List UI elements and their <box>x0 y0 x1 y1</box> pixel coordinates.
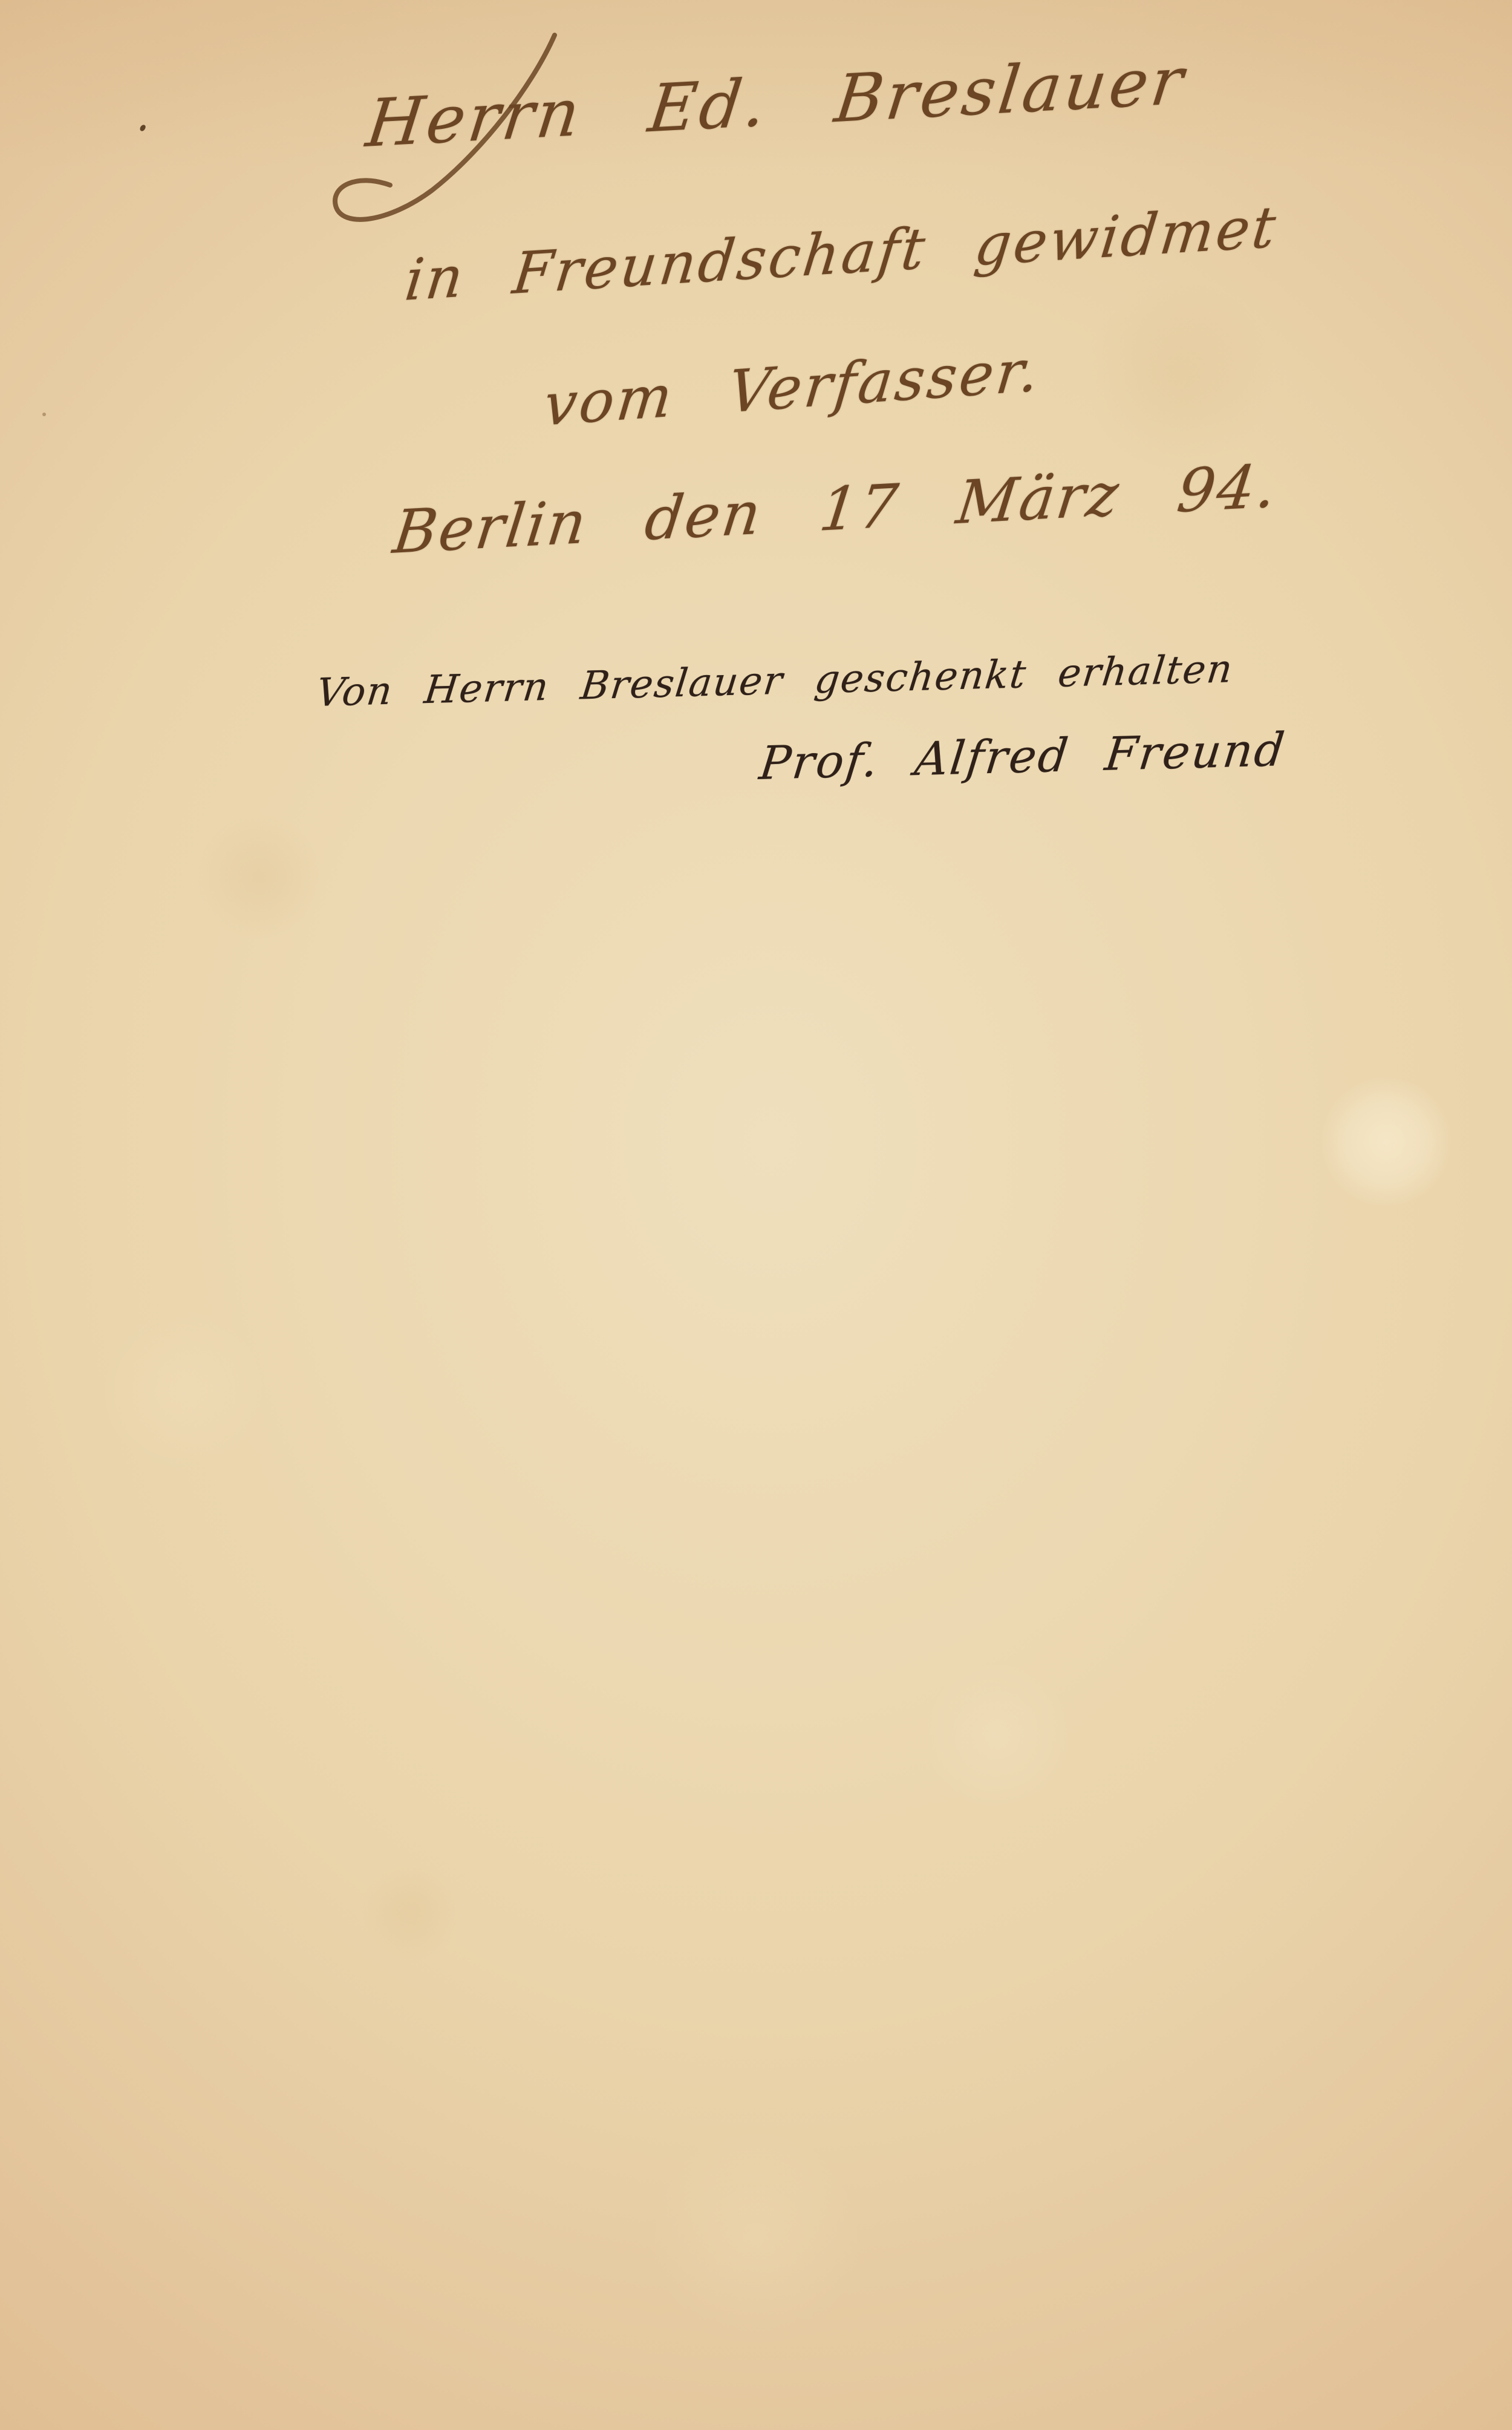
dedication-line-author: vom Verfasser. <box>541 341 1044 434</box>
ink-speck <box>139 124 146 132</box>
ownership-note-signature: Prof. Alfred Freund <box>757 727 1288 786</box>
light-stain-spot <box>1321 1077 1452 1207</box>
ownership-note-line: Von Herrn Breslauer geschenkt erhalten <box>314 650 1235 713</box>
flyleaf-page-scan: Herrn Ed. Breslauer in Freundschaft gewi… <box>0 0 1512 2430</box>
paper-fleck <box>42 413 46 416</box>
dedication-line-place-date: Berlin den 17 März 94. <box>390 457 1281 563</box>
